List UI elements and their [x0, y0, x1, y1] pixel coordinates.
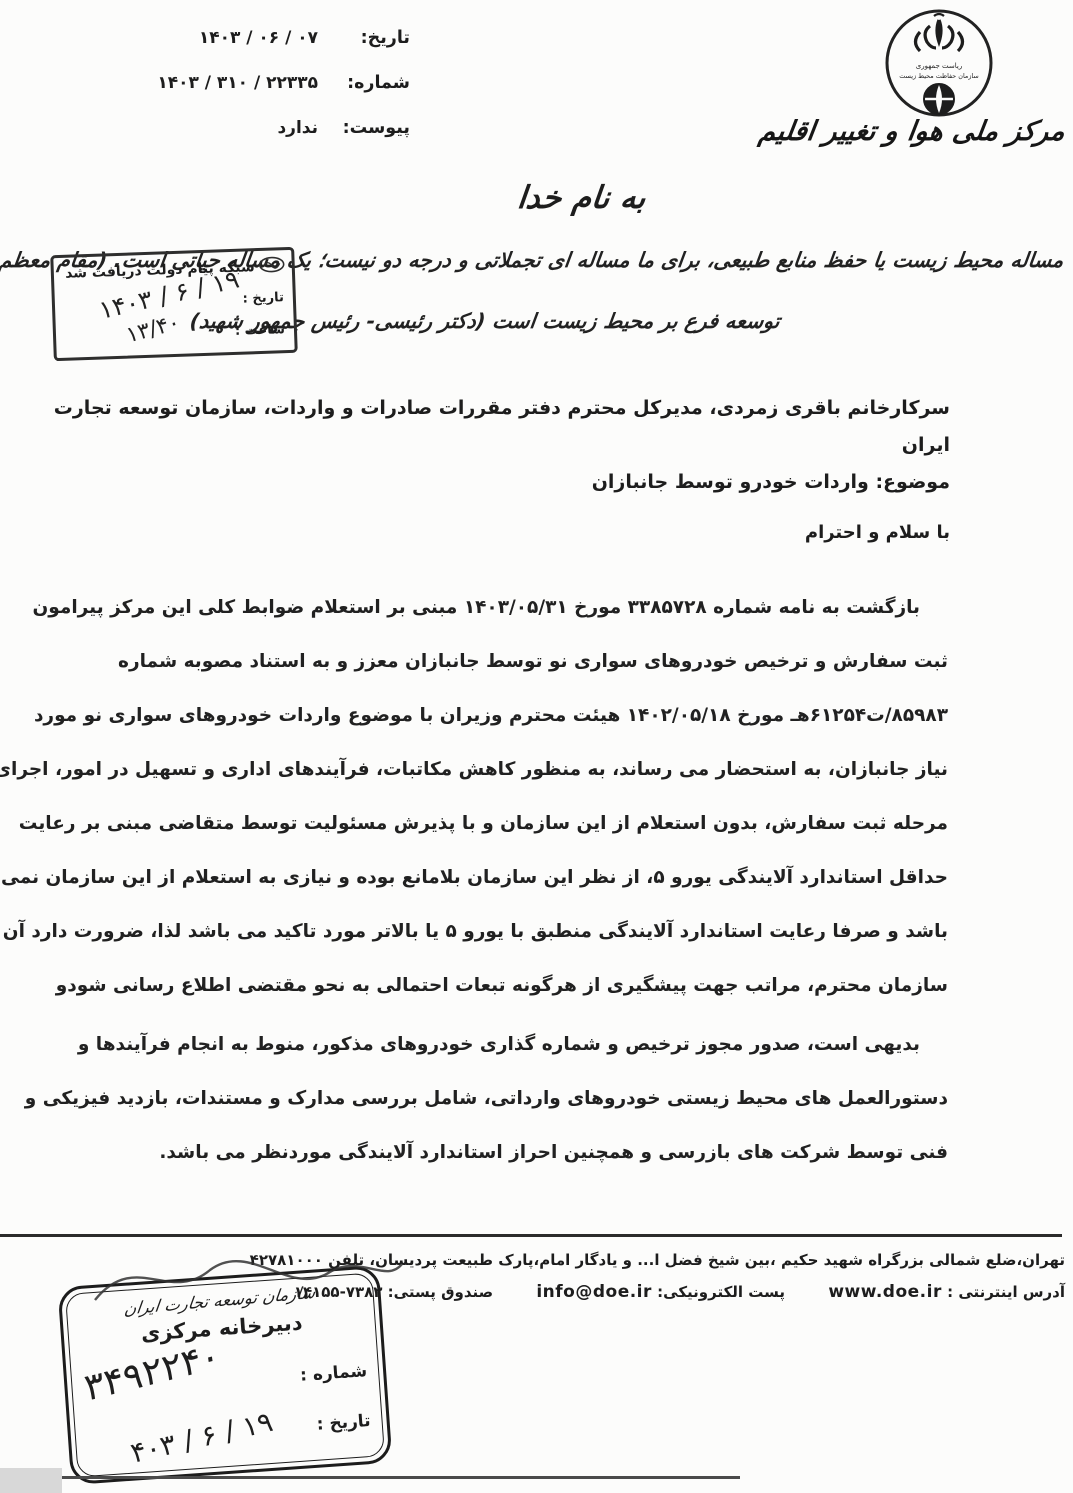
letter-meta-fields: تاریخ: ۰۷ / ۰۶ / ۱۴۰۳ شماره: ۲۲۳۳۵ / ۳۱۰…	[80, 28, 410, 163]
meta-date-row: تاریخ: ۰۷ / ۰۶ / ۱۴۰۳	[80, 28, 410, 73]
secretariat-number-label: شماره :	[299, 1361, 367, 1386]
greeting-line: با سلام و احترام	[805, 522, 950, 543]
footer-email-segment: پست الکترونیکی: info@doe.ir	[531, 1283, 785, 1301]
email-address: info@doe.ir	[536, 1282, 652, 1302]
recipient-block: سرکارخانم باقری زمردی، مدیرکل محترم دفتر…	[156, 390, 950, 501]
paragraph-line: دستورالعمل های محیط زیستی خودروهای واردا…	[138, 1072, 948, 1126]
subject-line: موضوع: واردات خودرو توسط جانبازان	[156, 464, 950, 501]
emblem-svg: ریاست جمهوری سازمان حفاظت محیط زیست	[868, 6, 1010, 126]
date-label: تاریخ:	[322, 28, 410, 48]
body-paragraph-1: بازگشت به نامه شماره ۳۳۸۵۷۲۸ مورخ ۱۴۰۳/۰…	[138, 581, 948, 1013]
paragraph-line: مرحله ثبت سفارش، بدون استعلام از این ساز…	[138, 797, 948, 851]
body-paragraph-2: بدیهی است، صدور مجوز ترخیص و شماره گذاری…	[138, 1018, 948, 1180]
paragraph-line: سازمان محترم، مراتب جهت پیشگیری از هرگون…	[138, 959, 948, 1013]
received-stamp-time-label: ساعت :	[235, 322, 286, 339]
received-stamp-date-label: تاریخ :	[242, 290, 284, 306]
footer-web-segment: آدرس اینترنتی : www.doe.ir	[823, 1283, 1065, 1301]
paragraph-line: فنی توسط شرکت های بازرسی و همچنین احراز …	[138, 1126, 948, 1180]
recipient-line-1: سرکارخانم باقری زمردی، مدیرکل محترم دفتر…	[156, 390, 950, 427]
paragraph-line: ثبت سفارش و ترخیص خودروهای سواری نو توسط…	[138, 635, 948, 689]
scan-artifact-line	[62, 1476, 740, 1479]
besmellah-calligraphy: به نام خدا	[88, 180, 1073, 216]
received-stamp: شبکه پیام دولت دریافت شد تاریخ : ساعت : …	[50, 247, 298, 361]
email-label: پست الکترونیکی:	[657, 1283, 785, 1301]
secretariat-date-handwritten: ۱۹ / ۶ / ۴۰۳	[127, 1405, 275, 1470]
attachment-value: ندارد	[277, 118, 318, 138]
number-label: شماره:	[322, 73, 410, 93]
message-network-logo-mark	[258, 256, 285, 277]
paragraph-line: بدیهی است، صدور مجوز ترخیص و شماره گذاری…	[138, 1018, 948, 1072]
iran-emblem-icon	[916, 14, 963, 51]
footer-divider	[0, 1234, 1062, 1237]
paragraph-line: باشد و صرفا رعایت استاندارد آلایندگی منط…	[138, 905, 948, 959]
recipient-line-2: ایران	[156, 427, 950, 464]
web-label: آدرس اینترنتی :	[947, 1283, 1065, 1301]
emblem-text-line2: سازمان حفاظت محیط زیست	[899, 72, 978, 80]
org-name-calligraphy: مرکز ملی هوا و تغییر اقلیم	[757, 116, 1067, 147]
date-value: ۰۷ / ۰۶ / ۱۴۰۳	[199, 28, 318, 48]
paragraph-line: نیاز جانبازان، به استحضار می رساند، به م…	[138, 743, 948, 797]
paragraph-line: حداقل استاندارد آلایندگی یورو ۵، از نظر …	[138, 851, 948, 905]
doe-disc-icon	[924, 84, 954, 114]
meta-number-row: شماره: ۲۲۳۳۵ / ۳۱۰ / ۱۴۰۳	[80, 73, 410, 118]
scan-artifact-corner	[0, 1468, 62, 1493]
paragraph-line: ۸۵۹۸۳/ت۶۱۲۵۴هـ مورخ ۱۴۰۲/۰۵/۱۸ هیئت محتر…	[138, 689, 948, 743]
paragraph-line: بازگشت به نامه شماره ۳۳۸۵۷۲۸ مورخ ۱۴۰۳/۰…	[138, 581, 948, 635]
number-value: ۲۲۳۳۵ / ۳۱۰ / ۱۴۰۳	[157, 73, 318, 93]
meta-attachment-row: پیوست: ندارد	[80, 118, 410, 163]
emblem-text-line1: ریاست جمهوری	[916, 62, 963, 70]
secretariat-date-label: تاریخ :	[316, 1411, 371, 1435]
signature-scribble	[80, 1242, 410, 1322]
attachment-label: پیوست:	[322, 118, 410, 138]
national-emblem-logo: ریاست جمهوری سازمان حفاظت محیط زیست	[868, 6, 1010, 126]
scanned-letter-page: ریاست جمهوری سازمان حفاظت محیط زیست مرکز…	[0, 0, 1073, 1493]
web-url: www.doe.ir	[828, 1282, 942, 1302]
